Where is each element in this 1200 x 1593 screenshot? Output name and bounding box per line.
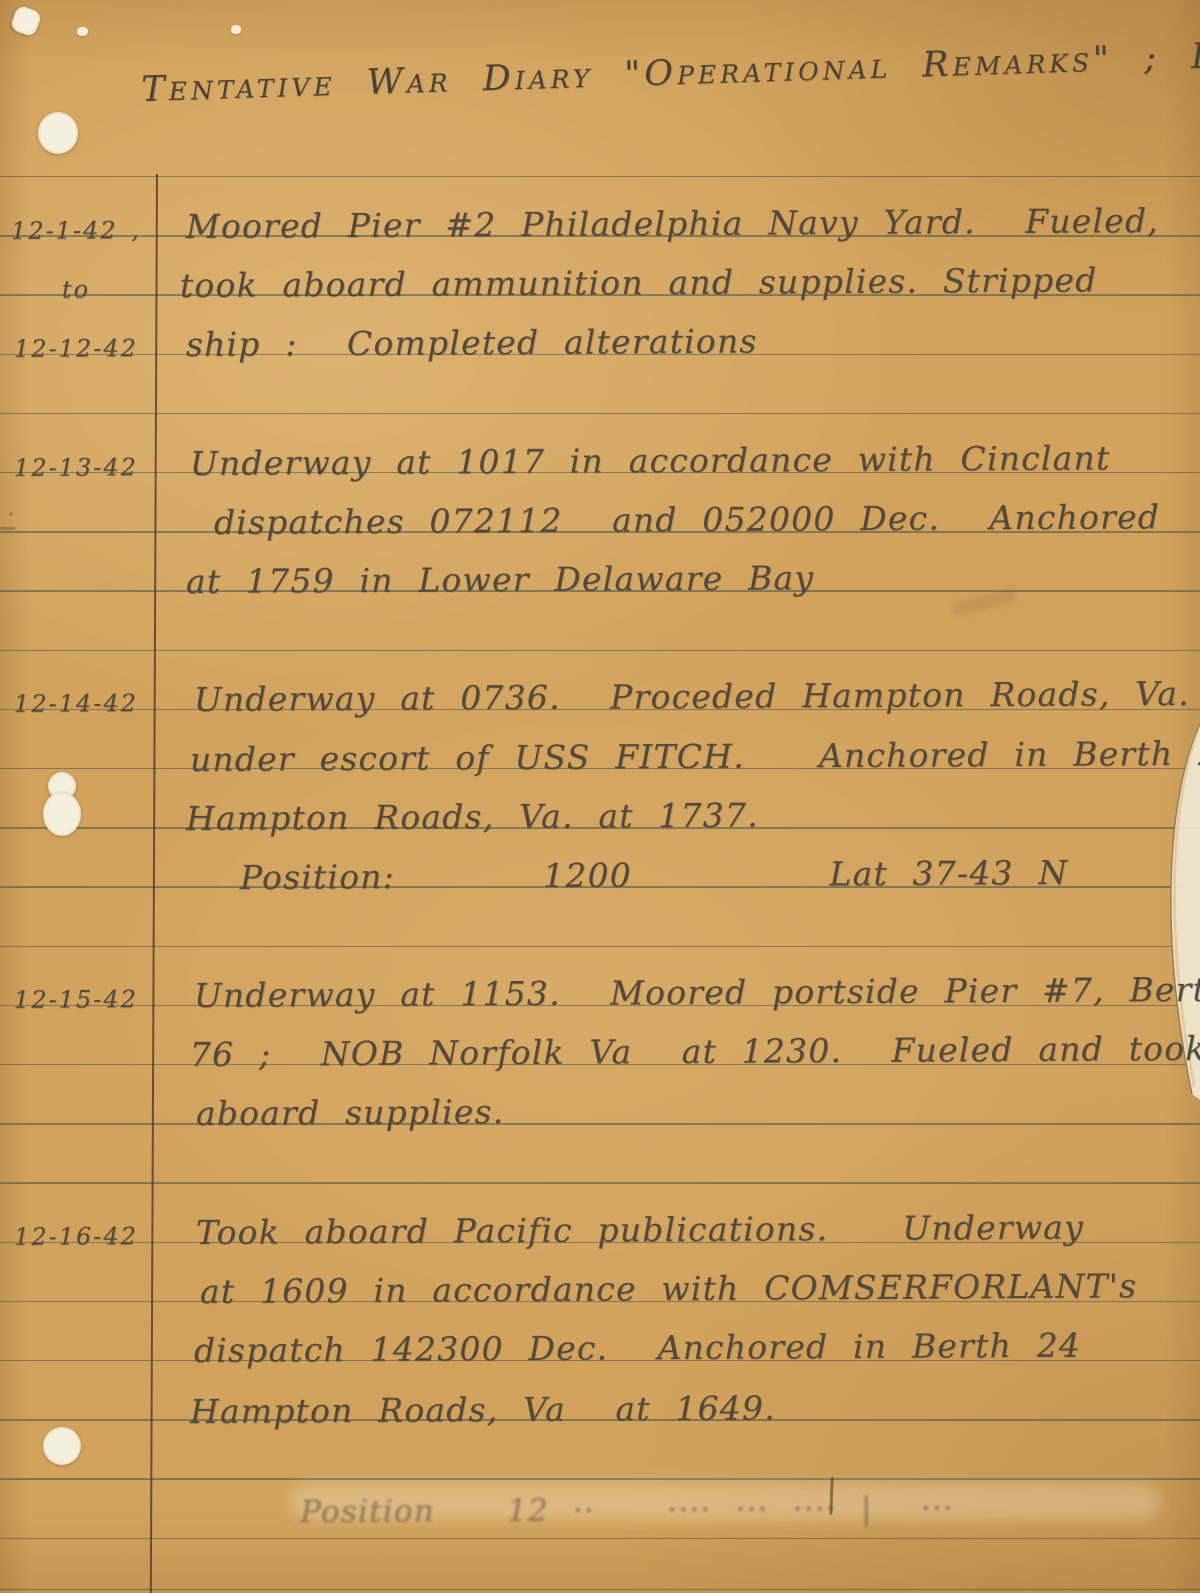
margin-pencil-dot [9,512,13,516]
margin-pencil-dash [0,527,15,530]
war-diary-page: Tentative War Diary "Operational Remarks… [0,0,1200,1593]
ruled-line [0,1538,1200,1539]
entry-line: Underway at 1153. Moored portside Pier #… [194,960,1200,1012]
entry-line: Underway at 1017 in accordance with Cinc… [190,428,1111,480]
entry-line: Hampton Roads, Va at 1649. [190,1378,776,1428]
ruled-line [0,176,1200,177]
entry-line: aboard supplies. [196,1082,505,1130]
entry-date: 12-15-42 [0,965,152,1012]
ruled-line [0,946,1200,947]
paper-speck [231,25,241,34]
entry-line: dispatches 072112 and 052000 Dec. Anchor… [214,487,1160,539]
entry-line: took aboard ammunition and supplies. Str… [180,250,1098,302]
hole-punch [43,1427,81,1465]
hole-punch [38,112,78,154]
entry-line: Hampton Roads, Va. at 1737. [186,786,759,835]
entry-line: under escort of USS FITCH. Anchored in B… [190,724,1200,776]
entry-line: dispatch 142300 Dec. Anchored in Berth 2… [194,1316,1081,1367]
entry-date: 12-12-42 [0,314,152,361]
ruled-line [0,1182,1200,1183]
ruled-line [0,1589,1200,1590]
page-title: Tentative War Diary "Operational Remarks… [141,34,1200,110]
entry-line: Underway at 0736. Proceded Hampton Roads… [194,664,1190,716]
entry-position-line: Position: 1200 Lat 37-43 N Long 74-33 W [240,840,1200,894]
entry-date: to [0,255,152,302]
pencil-scuff [951,588,1016,616]
hole-punch [43,792,81,836]
hole-punch [9,4,42,37]
column-divider-line [150,174,158,1593]
ruled-line [0,413,1200,414]
entry-date: 12-1-42 , [0,196,152,243]
entry-date: 12-13-42 [0,433,152,480]
erased-pencil-note: Position 12 ·· ···· ··· ···· | ··· [300,1478,954,1528]
ruled-line [0,1123,1200,1124]
ruled-line [0,650,1200,651]
entry-date: 12-16-42 [0,1202,152,1249]
entry-line: Took aboard Pacific publications. Underw… [196,1198,1084,1249]
entry-line: Moored Pier #2 Philadelphia Navy Yard. F… [186,191,1159,243]
entry-line: at 1759 in Lower Delaware Bay [186,548,815,598]
entry-line: at 1609 in accordance with COMSERFORLANT… [200,1256,1138,1308]
paper-speck [77,27,88,36]
entry-date: 12-14-42 [0,669,152,716]
entry-line: ship : Completed alterations [186,312,758,361]
entry-line: 76 ; NOB Norfolk Va at 1230. Fueled and … [190,1019,1200,1071]
